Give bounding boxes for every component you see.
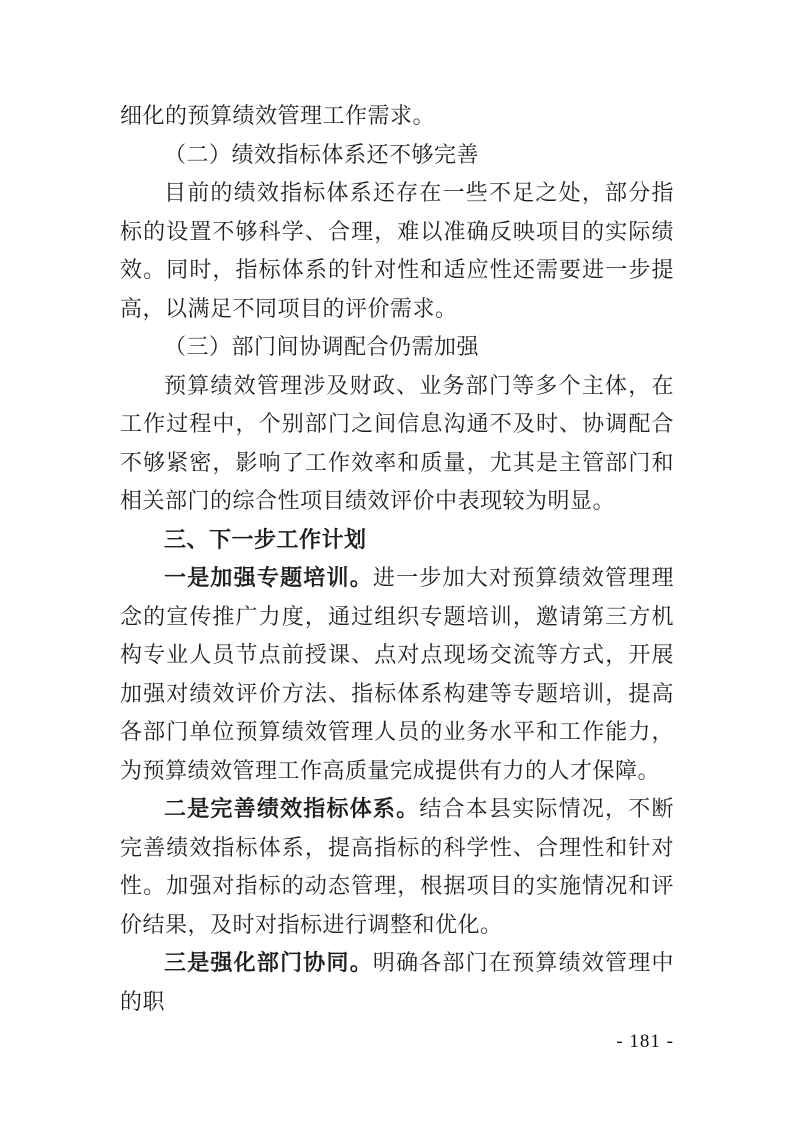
page-number: - 181 -: [616, 1030, 674, 1054]
paragraph-department-coordination: 预算绩效管理涉及财政、业务部门等多个主体，在工作过程中，个别部门之间信息沟通不及…: [120, 367, 674, 521]
section-heading-next-steps: 三、下一步工作计划: [120, 521, 674, 560]
paragraph-plan-2: 二是完善绩效指标体系。结合本县实际情况，不断完善绩效指标体系，提高指标的科学性、…: [120, 790, 674, 944]
document-page: 细化的预算绩效管理工作需求。 （二）绩效指标体系还不够完善 目前的绩效指标体系还…: [0, 0, 793, 1122]
paragraph-plan-1: 一是加强专题培训。进一步加大对预算绩效管理理念的宣传推广力度，通过组织专题培训，…: [120, 559, 674, 790]
paragraph-continuation: 细化的预算绩效管理工作需求。: [120, 97, 674, 136]
section-heading-3: （三）部门间协调配合仍需加强: [120, 328, 674, 367]
paragraph-plan-2-lead: 二是完善绩效指标体系。: [164, 796, 419, 821]
paragraph-indicator-system: 目前的绩效指标体系还存在一些不足之处，部分指标的设置不够科学、合理，难以准确反映…: [120, 174, 674, 328]
paragraph-plan-3: 三是强化部门协同。明确各部门在预算绩效管理中的职: [120, 944, 674, 1021]
paragraph-plan-1-lead: 一是加强专题培训。: [164, 565, 373, 590]
paragraph-plan-1-text: 进一步加大对预算绩效管理理念的宣传推广力度，通过组织专题培训，邀请第三方机构专业…: [120, 565, 674, 783]
paragraph-plan-3-lead: 三是强化部门协同。: [164, 950, 373, 975]
document-body: 细化的预算绩效管理工作需求。 （二）绩效指标体系还不够完善 目前的绩效指标体系还…: [120, 97, 674, 1021]
section-heading-2: （二）绩效指标体系还不够完善: [120, 136, 674, 175]
